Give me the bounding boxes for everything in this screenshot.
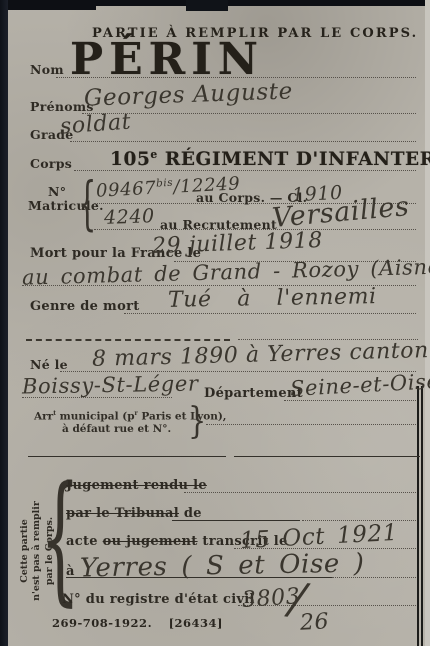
registre-label: N° du registre d'état civil — [62, 592, 255, 607]
naissance-line1: 8 mars 1890 à Yerres canton de — [92, 337, 430, 372]
arr-l1b: municipal (p — [56, 411, 135, 423]
section-divider — [26, 339, 230, 341]
dotted-line — [184, 492, 416, 493]
footer-imprint: 269-708-1922. [26434] — [52, 616, 223, 630]
acte-prefix: acte — [66, 534, 103, 549]
corps-ordinal: e — [150, 148, 157, 161]
scan-edge-top-notch — [186, 0, 228, 11]
corps-number: 105 — [110, 149, 150, 170]
corps-label: Corps — [30, 156, 72, 171]
arrondissement-brace: } — [188, 404, 206, 440]
binding-line-outer — [417, 386, 419, 646]
departement-value: Seine-et-Oise — [289, 369, 430, 401]
acte-struck: ou jugement — [103, 534, 198, 549]
side-note-line1: Cette partie — [19, 519, 30, 583]
corps-value: 105e RÉGIMENT D'INFANTERIE — [110, 148, 430, 170]
matricule-recrutement-number: 4240 — [104, 205, 156, 229]
scan-edge-left — [0, 0, 8, 646]
fill-line — [172, 520, 300, 521]
jugement-rendu-label: Jugement rendu le — [66, 478, 207, 493]
naissance-line2: Boissy-St-Léger — [22, 371, 199, 398]
dotted-line — [206, 424, 416, 425]
registre-denominateur: 26 — [299, 609, 329, 635]
tribunal-label: par le Tribunal de — [66, 506, 202, 521]
nom-label: Nom — [30, 62, 64, 77]
ne-le-label: Né le — [30, 357, 68, 372]
matricule-label-line1: N° — [48, 184, 66, 199]
tribunal-struck: par le Tribunal — [66, 506, 179, 521]
nom-value: PÉRIN — [70, 38, 264, 82]
arr-l1c: Paris et Lyon), — [138, 411, 227, 423]
genre-de-mort-label: Genre de mort — [30, 299, 140, 314]
paper-edge-right — [425, 0, 430, 646]
dotted-line — [124, 313, 416, 314]
matricule-corps-no-sup: bis — [156, 177, 174, 190]
binding-line-inner — [421, 386, 423, 646]
genre-de-mort-value: Tué à l'ennemi — [168, 284, 377, 313]
imprint-code: 269-708-1922. — [52, 616, 152, 630]
tribunal-rest: de — [179, 506, 202, 521]
matricule-corps-no: 09467 — [96, 178, 157, 202]
corps-name: RÉGIMENT D'INFANTERIE — [158, 149, 430, 170]
jugement-divider-right — [234, 456, 420, 457]
dotted-line — [332, 577, 416, 578]
dotted-line — [82, 113, 416, 114]
record-card: PARTIE À REMPLIR PAR LE CORPS. Nom PÉRIN… — [0, 0, 430, 646]
arrondissement-label-line2: à défaut rue et N°. — [62, 423, 171, 435]
grade-value: soldat — [59, 110, 132, 140]
departement-label: Département — [204, 386, 303, 401]
dotted-line — [70, 141, 416, 142]
transcrit-lieu: Yerres ( S et Oise ) — [80, 549, 365, 584]
mort-date: 29 juillet 1918 — [152, 228, 324, 259]
imprint-ref: [26434] — [169, 616, 223, 630]
arr-l1a: Arr — [34, 411, 53, 423]
scan-edge-top-left — [0, 0, 96, 10]
dotted-line — [22, 397, 172, 398]
